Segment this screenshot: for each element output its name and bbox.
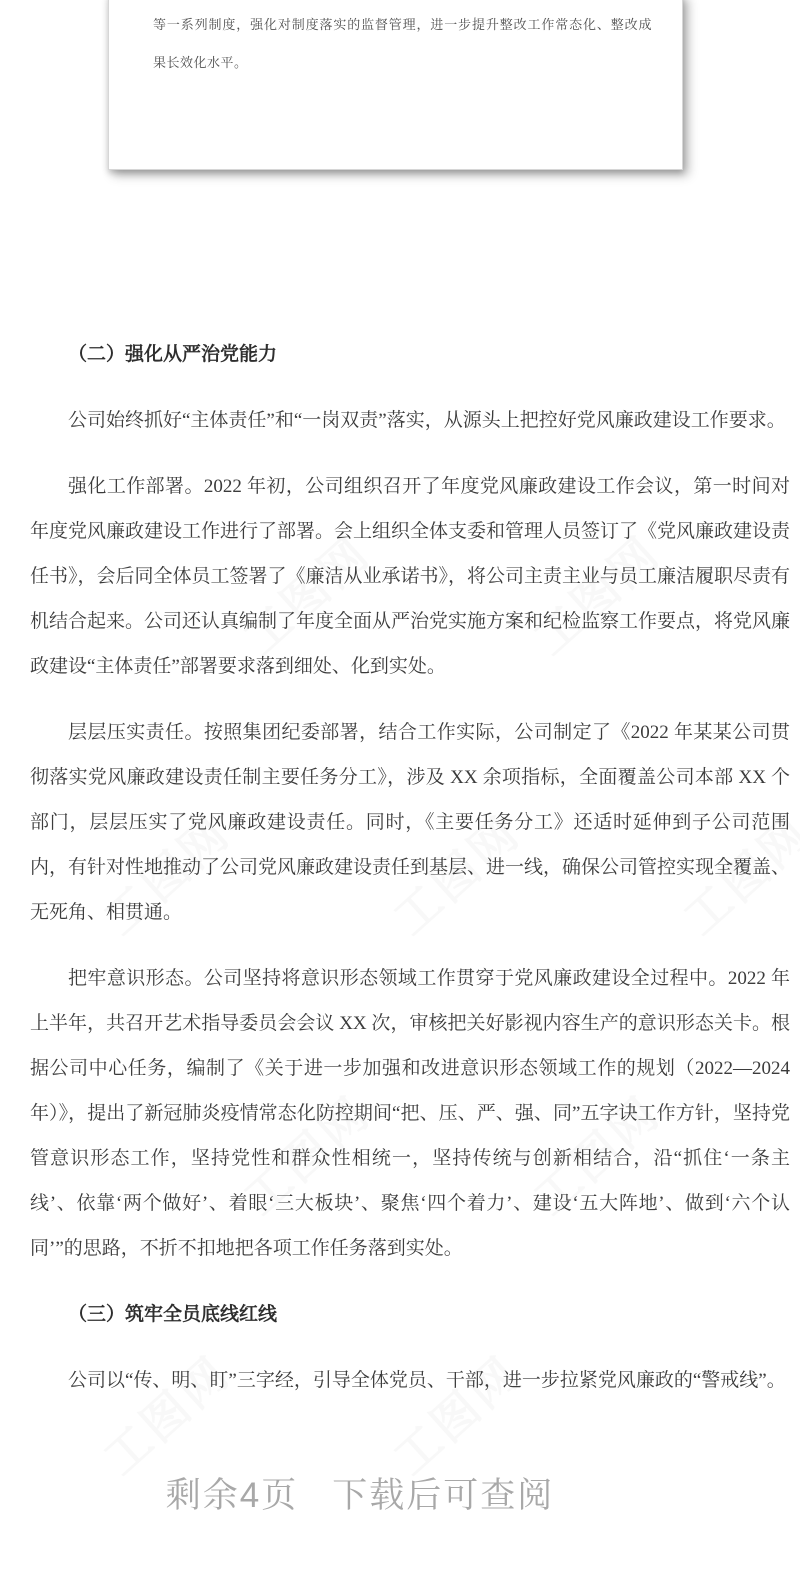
previous-page-end-text: 等一系列制度，强化对制度落实的监督管理，进一步提升整改工作常态化、整改成果长效化… — [153, 6, 652, 82]
document-preview-page: 工图网工图网工图网工图网工图网工图网工图网工图网工图网 等一系列制度，强化对制度… — [0, 0, 800, 1577]
pages-remaining-label: 剩余4页 — [166, 1468, 298, 1518]
section-heading: （二）强化从严治党能力 — [30, 332, 790, 377]
body-paragraph: 公司以“传、明、盯”三字经，引导全体党员、干部，进一步拉紧党风廉政的“警戒线”。 — [30, 1358, 790, 1403]
preview-footer: 剩余4页 下载后可查阅 — [0, 1468, 720, 1518]
section-heading: （三）筑牢全员底线红线 — [30, 1292, 790, 1337]
body-paragraph: 层层压实责任。按照集团纪委部署，结合工作实际，公司制定了《2022 年某某公司贯… — [30, 710, 790, 935]
article: （二）强化从严治党能力公司始终抓好“主体责任”和“一岗双责”落实，从源头上把控好… — [30, 332, 790, 1424]
body-paragraph: 强化工作部署。2022 年初，公司组织召开了年度党风廉政建设工作会议，第一时间对… — [30, 464, 790, 689]
previous-page-card: 等一系列制度，强化对制度落实的监督管理，进一步提升整改工作常态化、整改成果长效化… — [108, 0, 683, 170]
body-paragraph: 公司始终抓好“主体责任”和“一岗双责”落实，从源头上把控好党风廉政建设工作要求。 — [30, 398, 790, 443]
download-hint-label: 下载后可查阅 — [332, 1468, 554, 1518]
body-paragraph: 把牢意识形态。公司坚持将意识形态领域工作贯穿于党风廉政建设全过程中。2022 年… — [30, 956, 790, 1271]
